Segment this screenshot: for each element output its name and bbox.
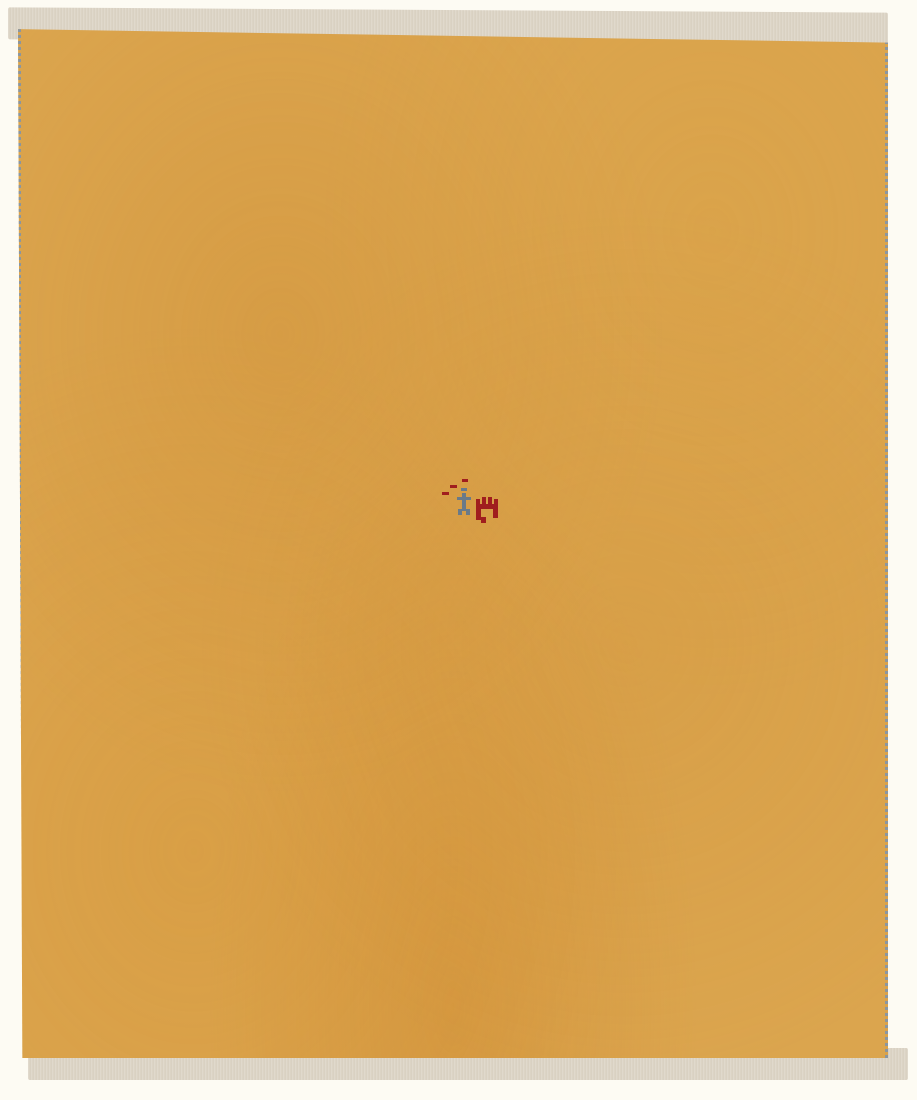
rug-field <box>18 24 888 1058</box>
bird-icon <box>442 479 468 495</box>
animal-figure-icon <box>476 497 498 523</box>
human-figure-icon <box>457 488 471 515</box>
center-motif <box>440 475 510 530</box>
